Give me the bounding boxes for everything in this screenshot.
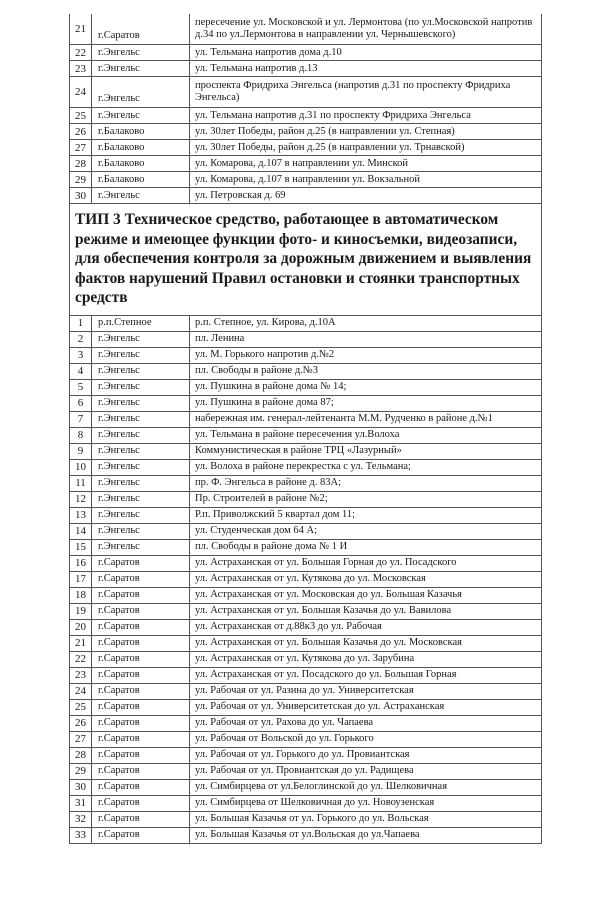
table-row: 3г.Энгельсул. М. Горького напротив д.№2 [70,347,542,363]
table-row: 23г.Энгельсул. Тельмана напротив д.13 [70,61,542,77]
table-row: 19г.Саратовул. Астраханская от ул. Больш… [70,603,542,619]
row-address: проспекта Фридриха Энгельса (напротив д.… [190,77,542,108]
table-row: 29г.Саратовул. Рабочая от ул. Провиантск… [70,763,542,779]
row-number: 28 [70,156,92,172]
row-city: г.Энгельс [92,108,190,124]
table-row: 14г.Энгельсул. Студенческая дом 64 А; [70,523,542,539]
row-address: ул. Большая Казачья от ул.Вольская до ул… [190,827,542,843]
row-address: набережная им. генерал-лейтенанта М.М. Р… [190,411,542,427]
row-city: г.Энгельс [92,475,190,491]
table-row: 8г.Энгельсул. Тельмана в районе пересече… [70,427,542,443]
row-city: г.Энгельс [92,395,190,411]
row-city: г.Балаково [92,156,190,172]
row-address: Р.п. Приволжский 5 квартал дом 11; [190,507,542,523]
table-row: 24г.Саратовул. Рабочая от ул. Разина до … [70,683,542,699]
row-city: р.п.Степное [92,315,190,331]
row-city: г.Саратов [92,795,190,811]
row-address: ул. Комарова, д.107 в направлении ул. Ми… [190,156,542,172]
row-address: ул. Петровская д. 69 [190,188,542,204]
row-city: г.Саратов [92,827,190,843]
row-number: 24 [70,77,92,108]
table-row: 2г.Энгельспл. Ленина [70,331,542,347]
row-address: Пр. Строителей в районе №2; [190,491,542,507]
table-row: 30г.Энгельсул. Петровская д. 69 [70,188,542,204]
row-number: 23 [70,667,92,683]
table-row: 33г.Саратовул. Большая Казачья от ул.Вол… [70,827,542,843]
row-number: 22 [70,45,92,61]
table-row: 5г.Энгельсул. Пушкина в районе дома № 14… [70,379,542,395]
row-address: ул. Рабочая от ул. Университетская до ул… [190,699,542,715]
row-address: ул. 30лет Победы, район д.25 (в направле… [190,140,542,156]
row-number: 27 [70,140,92,156]
row-city: г.Энгельс [92,363,190,379]
row-address: ул. Астраханская от ул. Посадского до ул… [190,667,542,683]
row-city: г.Энгельс [92,443,190,459]
row-address: пл. Ленина [190,331,542,347]
table-row: 20г.Саратовул. Астраханская от д.88к3 до… [70,619,542,635]
row-address: ул. Тельмана напротив дома д.10 [190,45,542,61]
table-row: 18г.Саратовул. Астраханская от ул. Моско… [70,587,542,603]
row-number: 29 [70,172,92,188]
row-number: 22 [70,651,92,667]
row-number: 6 [70,395,92,411]
row-city: г.Энгельс [92,427,190,443]
row-number: 4 [70,363,92,379]
type3-locations-table: 1р.п.Степноер.п. Степное, ул. Кирова, д.… [69,315,542,844]
row-number: 30 [70,779,92,795]
row-city: г.Энгельс [92,523,190,539]
row-address: ул. Астраханская от ул. Кутякова до ул. … [190,651,542,667]
table-row: 25г.Энгельс ул. Тельмана напротив д.31 п… [70,108,542,124]
row-number: 16 [70,555,92,571]
table-row: 21г.Саратовул. Астраханская от ул. Больш… [70,635,542,651]
table-row: 27г.Балаковоул. 30лет Победы, район д.25… [70,140,542,156]
table-row: 28г.Саратовул. Рабочая от ул. Горького д… [70,747,542,763]
row-address: ул. Пушкина в районе дома 87; [190,395,542,411]
row-address: ул. Студенческая дом 64 А; [190,523,542,539]
row-address: ул. Тельмана напротив д.31 по проспекту … [190,108,542,124]
table-row: 15г.Энгельспл. Свободы в районе дома № 1… [70,539,542,555]
row-address: ул. Астраханская от ул. Кутякова до ул. … [190,571,542,587]
row-address: ул. Волоха в районе перекрестка с ул. Те… [190,459,542,475]
row-city: г.Саратов [92,811,190,827]
table-row: 24г.Энгельспроспекта Фридриха Энгельса (… [70,77,542,108]
row-address: пл. Свободы в районе д.№3 [190,363,542,379]
row-number: 3 [70,347,92,363]
row-address: ул. Пушкина в районе дома № 14; [190,379,542,395]
type3-heading: ТИП 3 Техническое средство, работающее в… [75,210,541,308]
row-city: г.Энгельс [92,507,190,523]
locations-table-continued: 21г.Саратовпересечение ул. Московской и … [69,14,542,204]
row-number: 1 [70,315,92,331]
table-row: 25г.Саратовул. Рабочая от ул. Университе… [70,699,542,715]
row-address: ул. Астраханская от ул. Большая Казачья … [190,635,542,651]
row-number: 20 [70,619,92,635]
row-address: ул. Рабочая от ул. Горького до ул. Прови… [190,747,542,763]
row-number: 28 [70,747,92,763]
row-number: 25 [70,699,92,715]
table-row: 9г.ЭнгельсКоммунистическая в районе ТРЦ … [70,443,542,459]
row-city: г.Балаково [92,124,190,140]
section-heading-box: ТИП 3 Техническое средство, работающее в… [69,204,542,315]
row-city: г.Саратов [92,699,190,715]
row-city: г.Саратов [92,763,190,779]
row-city: г.Энгельс [92,411,190,427]
row-number: 2 [70,331,92,347]
row-address: ул. Комарова, д.107 в направлении ул. Во… [190,172,542,188]
row-address: ул. Большая Казачья от ул. Горького до у… [190,811,542,827]
table-row: 31г.Саратовул. Симбирцева от Шелковичная… [70,795,542,811]
row-address: ул. Астраханская от д.88к3 до ул. Рабоча… [190,619,542,635]
table-row: 4г.Энгельспл. Свободы в районе д.№3 [70,363,542,379]
row-city: г.Энгельс [92,331,190,347]
row-number: 18 [70,587,92,603]
row-city: г.Саратов [92,635,190,651]
row-city: г.Саратов [92,683,190,699]
row-number: 17 [70,571,92,587]
document-page: 21г.Саратовпересечение ул. Московской и … [69,14,542,844]
row-number: 29 [70,763,92,779]
row-number: 5 [70,379,92,395]
row-number: 33 [70,827,92,843]
row-city: г.Саратов [92,667,190,683]
row-number: 30 [70,188,92,204]
row-number: 26 [70,124,92,140]
table-row: 32г.Саратовул. Большая Казачья от ул. Го… [70,811,542,827]
row-number: 31 [70,795,92,811]
row-city: г.Энгельс [92,77,190,108]
table-row: 13г.ЭнгельсР.п. Приволжский 5 квартал до… [70,507,542,523]
row-number: 11 [70,475,92,491]
table-row: 16г.Саратовул. Астраханская от ул. Больш… [70,555,542,571]
table-row: 26г.Саратовул. Рабочая от ул. Рахова до … [70,715,542,731]
table-row: 27г.Саратовул. Рабочая от Вольской до ул… [70,731,542,747]
row-number: 32 [70,811,92,827]
row-number: 10 [70,459,92,475]
table-row: 12г.ЭнгельсПр. Строителей в районе №2; [70,491,542,507]
row-city: г.Энгельс [92,539,190,555]
table-row: 23г.Саратовул. Астраханская от ул. Посад… [70,667,542,683]
row-city: г.Саратов [92,619,190,635]
table-row: 22г.Саратовул. Астраханская от ул. Кутяк… [70,651,542,667]
row-number: 24 [70,683,92,699]
table-row: 22г.Энгельсул. Тельмана напротив дома д.… [70,45,542,61]
row-number: 15 [70,539,92,555]
row-city: г.Энгельс [92,459,190,475]
row-address: ул. Рабочая от ул. Разина до ул. Универс… [190,683,542,699]
row-address: ул. 30лет Победы, район д.25 (в направле… [190,124,542,140]
row-address: пересечение ул. Московской и ул. Лермонт… [190,14,542,45]
row-city: г.Саратов [92,587,190,603]
row-number: 26 [70,715,92,731]
row-address: ул. Симбирцева от ул.Белоглинской до ул.… [190,779,542,795]
row-city: г.Саратов [92,715,190,731]
row-number: 27 [70,731,92,747]
row-address: пл. Свободы в районе дома № 1 И [190,539,542,555]
row-city: г.Балаково [92,172,190,188]
table-row: 6г.Энгельсул. Пушкина в районе дома 87; [70,395,542,411]
table-row: 21г.Саратовпересечение ул. Московской и … [70,14,542,45]
row-address: Коммунистическая в районе ТРЦ «Лазурный» [190,443,542,459]
row-address: ул. Симбирцева от Шелковичная до ул. Нов… [190,795,542,811]
row-city: г.Саратов [92,571,190,587]
table-row: 26г.Балаковоул. 30лет Победы, район д.25… [70,124,542,140]
row-city: г.Балаково [92,140,190,156]
table-row: 1р.п.Степноер.п. Степное, ул. Кирова, д.… [70,315,542,331]
row-address: ул. Тельмана в районе пересечения ул.Вол… [190,427,542,443]
row-number: 8 [70,427,92,443]
row-number: 21 [70,14,92,45]
row-city: г.Саратов [92,731,190,747]
table-row: 10г.Энгельсул. Волоха в районе перекрест… [70,459,542,475]
row-number: 14 [70,523,92,539]
table-row: 7г.Энгельснабережная им. генерал-лейтена… [70,411,542,427]
row-address: р.п. Степное, ул. Кирова, д.10А [190,315,542,331]
table-row: 30г.Саратовул. Симбирцева от ул.Белоглин… [70,779,542,795]
row-address: ул. Астраханская от ул. Большая Казачья … [190,603,542,619]
row-number: 25 [70,108,92,124]
row-number: 9 [70,443,92,459]
table-row: 11г.Энгельспр. Ф. Энгельса в районе д. 8… [70,475,542,491]
row-city: г.Энгельс [92,61,190,77]
row-city: г.Энгельс [92,491,190,507]
row-number: 12 [70,491,92,507]
row-city: г.Саратов [92,14,190,45]
row-address: пр. Ф. Энгельса в районе д. 83А; [190,475,542,491]
row-address: ул. Рабочая от ул. Рахова до ул. Чапаева [190,715,542,731]
table-row: 28г.Балаковоул. Комарова, д.107 в направ… [70,156,542,172]
row-city: г.Саратов [92,603,190,619]
row-city: г.Энгельс [92,379,190,395]
row-address: ул. Тельмана напротив д.13 [190,61,542,77]
row-number: 7 [70,411,92,427]
row-number: 19 [70,603,92,619]
row-address: ул. Астраханская от ул. Московская до ул… [190,587,542,603]
row-number: 23 [70,61,92,77]
row-city: г.Саратов [92,555,190,571]
row-address: ул. Рабочая от Вольской до ул. Горького [190,731,542,747]
row-number: 13 [70,507,92,523]
row-city: г.Саратов [92,779,190,795]
row-city: г.Энгельс [92,347,190,363]
row-city: г.Саратов [92,651,190,667]
row-city: г.Энгельс [92,45,190,61]
row-address: ул. Астраханская от ул. Большая Горная д… [190,555,542,571]
row-address: ул. Рабочая от ул. Провиантская до ул. Р… [190,763,542,779]
row-city: г.Энгельс [92,188,190,204]
table-row: 29г.Балаковоул. Комарова, д.107 в направ… [70,172,542,188]
table-row: 17г.Саратовул. Астраханская от ул. Кутяк… [70,571,542,587]
row-city: г.Саратов [92,747,190,763]
row-number: 21 [70,635,92,651]
row-address: ул. М. Горького напротив д.№2 [190,347,542,363]
